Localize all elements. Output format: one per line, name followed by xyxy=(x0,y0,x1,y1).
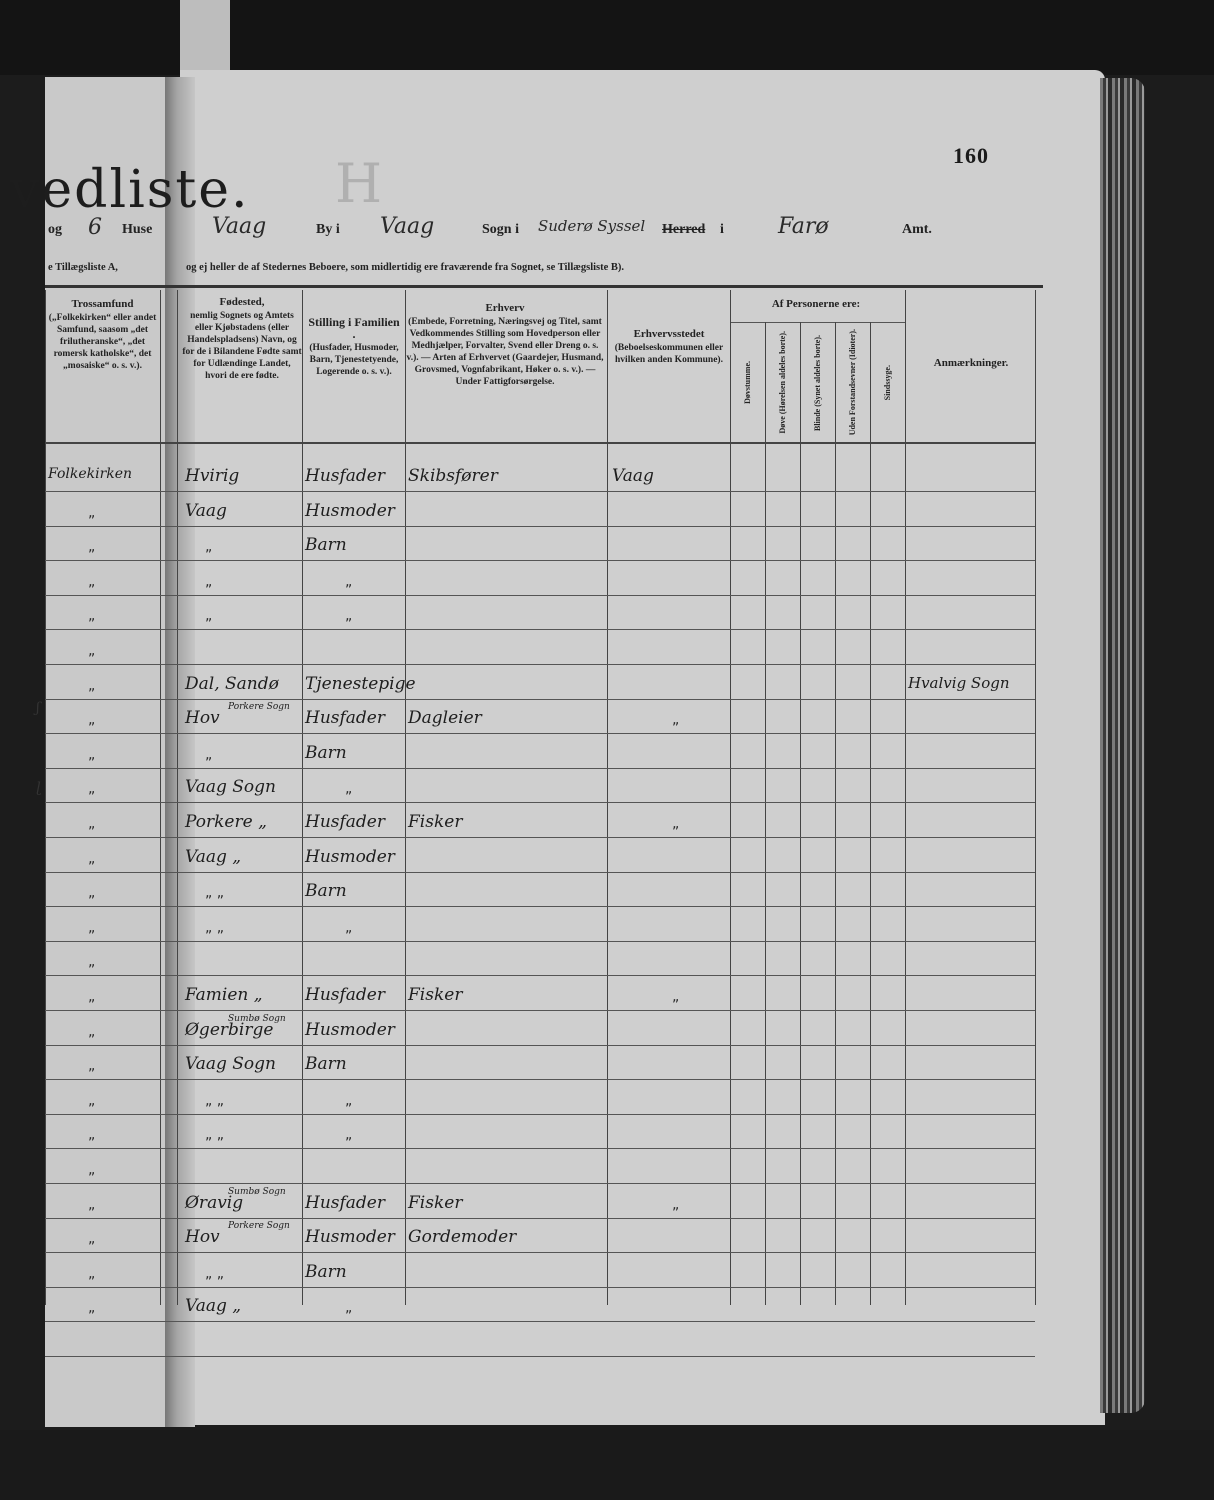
column-rule xyxy=(160,290,161,1305)
cell-erhvervsstedet: Vaag xyxy=(612,466,654,486)
cell-trossamfund: „ xyxy=(88,1300,95,1316)
header-bottom-rule xyxy=(45,442,1035,444)
cell-fodested: „ „ xyxy=(205,1266,224,1282)
cell-erhverv: Dagleier xyxy=(408,708,482,728)
cell-trossamfund: „ xyxy=(88,643,95,659)
column-rule xyxy=(607,290,608,1305)
cell-stilling: Barn xyxy=(305,881,347,901)
row-rule xyxy=(45,975,1035,976)
cell-stilling: Husfader xyxy=(305,985,385,1005)
cell-trossamfund: „ xyxy=(88,920,95,936)
column-rule xyxy=(870,322,871,1305)
row-rule xyxy=(45,802,1035,803)
page-number: 160 xyxy=(953,143,989,169)
cell-trossamfund: „ xyxy=(88,1197,95,1213)
subheader-rule xyxy=(730,322,905,323)
cell-stilling: Tjenestepige xyxy=(305,674,416,694)
cell-stilling: Husmoder xyxy=(305,1227,395,1247)
cell-stilling: Husmoder xyxy=(305,501,395,521)
cell-stilling: Husmoder xyxy=(305,847,395,867)
row-rule xyxy=(45,1321,1035,1322)
column-rule xyxy=(765,322,766,1305)
amt-value: Farø xyxy=(778,214,829,239)
column-rule xyxy=(800,322,801,1305)
cell-trossamfund: „ xyxy=(88,989,95,1005)
huse-label: Huse xyxy=(122,222,152,238)
city-value: Vaag xyxy=(212,214,266,239)
row-rule xyxy=(45,906,1035,907)
cell-anm: Hvalvig Sogn xyxy=(908,674,1010,692)
row-rule xyxy=(45,560,1035,561)
cell-trossamfund: „ xyxy=(88,816,95,832)
cell-fodested-note: Porkere Sogn xyxy=(228,702,290,712)
cell-fodested: „ xyxy=(205,539,212,555)
row-rule xyxy=(45,699,1035,700)
row-rule xyxy=(45,837,1035,838)
cell-fodested: „ „ xyxy=(205,1127,224,1143)
binder-background-bottom xyxy=(0,1430,1214,1500)
cell-trossamfund: „ xyxy=(88,574,95,590)
gutter-shadow xyxy=(165,77,195,1427)
row-rule xyxy=(45,1252,1035,1253)
cell-erhverv: Fisker xyxy=(408,1193,462,1213)
cell-erhvervsstedet: „ xyxy=(672,816,679,832)
cell-fodested: „ xyxy=(205,747,212,763)
cell-trossamfund: „ xyxy=(88,954,95,970)
cell-fodested: „ „ xyxy=(205,885,224,901)
col-header-anmaerkninger: Anmærkninger. xyxy=(906,292,1036,440)
column-rule xyxy=(835,322,836,1305)
cell-fodested: Famien „ xyxy=(185,985,263,1005)
col-header-sindssyge: Sindssyge. xyxy=(870,325,904,440)
cell-erhverv: Gordemoder xyxy=(408,1227,516,1247)
header-prefix: og xyxy=(48,222,62,238)
cell-fodested: Hov xyxy=(185,708,220,728)
cell-trossamfund: „ xyxy=(88,747,95,763)
row-rule xyxy=(45,733,1035,734)
row-rule xyxy=(45,1079,1035,1080)
cell-fodested: Vaag „ xyxy=(185,847,241,867)
col-header-stilling: Stilling i Familien . (Husfader, Husmode… xyxy=(307,292,401,440)
col-header-idioter: Uden Forstandsevner (Idioter). xyxy=(835,325,869,440)
cell-stilling: Husfader xyxy=(305,812,385,832)
cell-fodested: Porkere „ xyxy=(185,812,267,832)
cell-trossamfund: „ xyxy=(88,1162,95,1178)
cell-trossamfund: „ xyxy=(88,781,95,797)
parish-value: Vaag xyxy=(380,214,434,239)
cell-fodested: „ xyxy=(205,574,212,590)
row-rule xyxy=(45,664,1035,665)
col-header-blinde: Blinde (Synet aldeles borte). xyxy=(800,325,834,440)
row-rule xyxy=(45,1218,1035,1219)
title-bleed-through: H xyxy=(335,152,382,215)
header-rule xyxy=(45,285,1043,288)
row-rule xyxy=(45,629,1035,630)
cell-stilling: „ xyxy=(345,574,352,590)
cell-fodested: Dal, Sandø xyxy=(185,674,279,694)
row-rule xyxy=(45,1183,1035,1184)
cell-trossamfund: Folkekirken xyxy=(48,466,132,482)
cell-fodested: Vaag xyxy=(185,501,227,521)
cell-erhvervsstedet: „ xyxy=(672,1197,679,1213)
col-header-fodested: Fødested, nemlig Sognets og Amtets eller… xyxy=(182,292,302,440)
cell-fodested: „ xyxy=(205,608,212,624)
row-rule xyxy=(45,1045,1035,1046)
cell-erhvervsstedet: „ xyxy=(672,712,679,728)
row-rule xyxy=(45,526,1035,527)
col-header-dovstumme: Døvstumme. xyxy=(730,325,764,440)
col-header-af-personerne: Af Personerne ere: xyxy=(730,292,902,312)
column-rule xyxy=(405,290,406,1305)
cell-trossamfund: „ xyxy=(88,1127,95,1143)
row-rule xyxy=(45,1356,1035,1357)
cell-fodested-note: Sumbø Sogn xyxy=(228,1187,286,1197)
cell-stilling: Husfader xyxy=(305,708,385,728)
note-right: og ej heller de af Stedernes Beboere, so… xyxy=(186,262,624,273)
cell-trossamfund: „ xyxy=(88,678,95,694)
row-rule xyxy=(45,872,1035,873)
col-header-erhverv: Erhverv (Embede, Forretning, Næringsvej … xyxy=(406,292,604,440)
cell-fodested: „ „ xyxy=(205,920,224,936)
cell-trossamfund: „ xyxy=(88,1024,95,1040)
page-tab-strip xyxy=(180,0,230,74)
row-rule xyxy=(45,1114,1035,1115)
row-rule xyxy=(45,941,1035,942)
cell-fodested-note: Porkere Sogn xyxy=(228,1221,290,1231)
sogn-label: Sogn i xyxy=(482,222,519,238)
cell-trossamfund: „ xyxy=(88,505,95,521)
cell-trossamfund: „ xyxy=(88,608,95,624)
note-left: e Tillægsliste A, xyxy=(48,262,118,273)
cell-erhverv: Fisker xyxy=(408,812,462,832)
row-rule xyxy=(45,768,1035,769)
amt-label: Amt. xyxy=(902,222,932,238)
cell-stilling: „ xyxy=(345,920,352,936)
cell-stilling: Barn xyxy=(305,743,347,763)
cell-trossamfund: „ xyxy=(88,712,95,728)
by-label: By i xyxy=(316,222,340,238)
cell-fodested-note: Sumbø Sogn xyxy=(228,1014,286,1024)
cell-fodested: Hvirig xyxy=(185,466,239,486)
left-page-fragment xyxy=(45,77,175,1427)
cell-trossamfund: „ xyxy=(88,1093,95,1109)
column-rule xyxy=(905,290,906,1305)
cell-trossamfund: „ xyxy=(88,885,95,901)
cell-trossamfund: „ xyxy=(88,1058,95,1074)
column-rule xyxy=(177,290,178,1305)
cell-stilling: Husfader xyxy=(305,1193,385,1213)
cell-erhvervsstedet: „ xyxy=(672,989,679,1005)
page-title: vedliste. xyxy=(10,160,250,220)
cell-stilling: Barn xyxy=(305,1262,347,1282)
row-rule xyxy=(45,1287,1035,1288)
cell-trossamfund: „ xyxy=(88,1266,95,1282)
row-rule xyxy=(45,491,1035,492)
herred-label: Herred xyxy=(662,222,705,238)
cell-fodested: Vaag Sogn xyxy=(185,777,276,797)
cell-fodested: Vaag „ xyxy=(185,1296,241,1316)
cell-stilling: „ xyxy=(345,781,352,797)
cell-fodested: „ „ xyxy=(205,1093,224,1109)
column-rule xyxy=(302,290,303,1305)
cell-stilling: „ xyxy=(345,608,352,624)
cell-stilling: „ xyxy=(345,1093,352,1109)
house-number: 6 xyxy=(88,215,102,240)
cell-erhverv: Fisker xyxy=(408,985,462,1005)
column-rule xyxy=(1035,290,1036,1305)
cell-erhverv: Skibsfører xyxy=(408,466,498,486)
row-rule xyxy=(45,595,1035,596)
cell-stilling: „ xyxy=(345,1127,352,1143)
page-edges xyxy=(1100,78,1145,1413)
margin-scribble: ʃ xyxy=(36,700,40,716)
cell-trossamfund: „ xyxy=(88,851,95,867)
cell-stilling: Barn xyxy=(305,1054,347,1074)
district-value: Suderø Syssel xyxy=(538,217,645,235)
row-rule xyxy=(45,1010,1035,1011)
col-header-erhvervsstedet: Erhvervsstedet (Beboelseskommunen eller … xyxy=(610,292,728,440)
cell-stilling: Barn xyxy=(305,535,347,555)
cell-fodested: Hov xyxy=(185,1227,220,1247)
col-header-dove: Døve (Hørelsen aldeles borte). xyxy=(765,325,799,440)
row-rule xyxy=(45,1148,1035,1149)
herred-i-label: i xyxy=(720,222,724,238)
column-rule xyxy=(45,290,46,1305)
cell-fodested: Vaag Sogn xyxy=(185,1054,276,1074)
col-header-trossamfund: Trossamfund („Folkekirken“ eller andet S… xyxy=(45,292,160,440)
cell-stilling: Husmoder xyxy=(305,1020,395,1040)
cell-stilling: Husfader xyxy=(305,466,385,486)
cell-trossamfund: „ xyxy=(88,539,95,555)
column-rule xyxy=(730,290,731,1305)
margin-scribble: ɭ xyxy=(36,780,41,796)
cell-stilling: „ xyxy=(345,1300,352,1316)
cell-trossamfund: „ xyxy=(88,1231,95,1247)
